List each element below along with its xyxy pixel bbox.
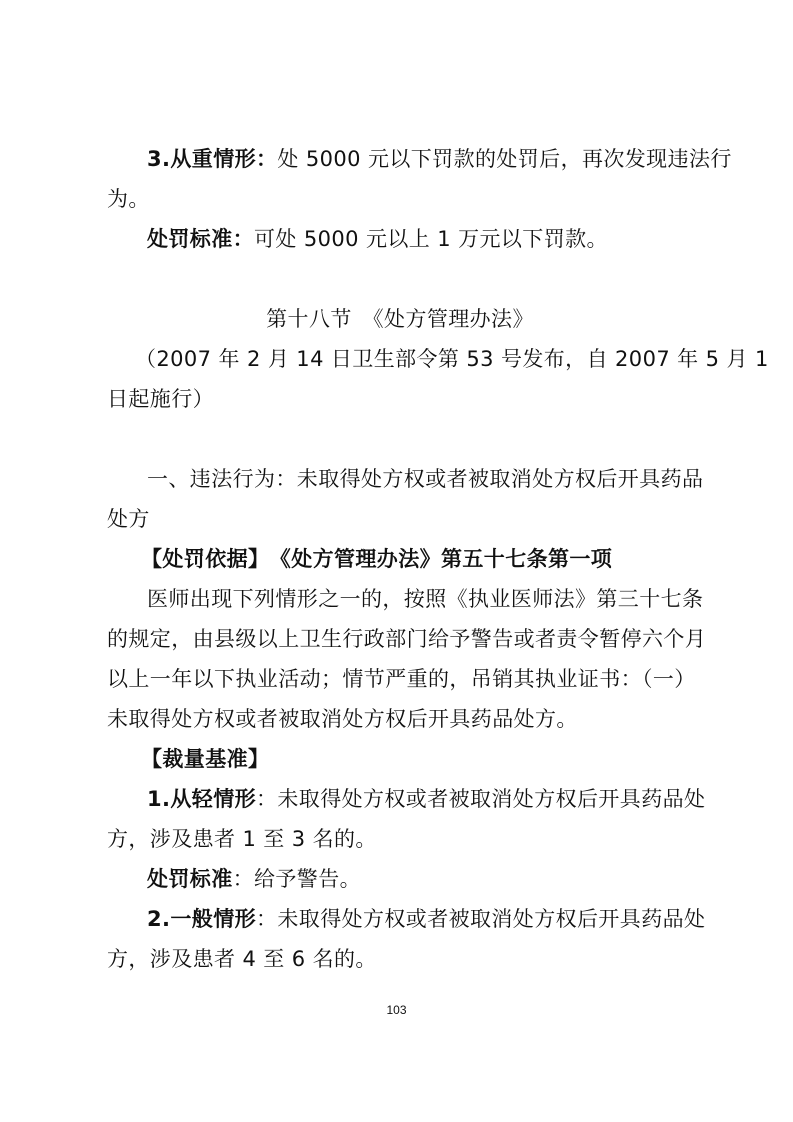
penalty-standard-label: 处罚标准： xyxy=(147,227,254,251)
aggravated-circumstance-line-2: 为。 xyxy=(107,185,693,213)
general-circumstance-line-1: 2.一般情形：未取得处方权或者被取消处方权后开具药品处 xyxy=(107,905,733,933)
light-penalty-text: ：给予警告。 xyxy=(233,867,361,891)
violation-line-2: 处方 xyxy=(107,505,693,533)
light-penalty-label: 处罚标准 xyxy=(147,867,233,891)
aggravated-penalty-standard: 处罚标准：可处 5000 元以上 1 万元以下罚款。 xyxy=(107,225,733,253)
violation-line-1: 一、违法行为：未取得处方权或者被取消处方权后开具药品 xyxy=(107,465,733,493)
light-circumstance-label: 1.从轻情形 xyxy=(147,787,256,811)
light-circumstance-line-2: 方，涉及患者 1 至 3 名的。 xyxy=(107,825,693,853)
light-penalty-standard: 处罚标准：给予警告。 xyxy=(107,865,733,893)
discretion-heading: 【裁量基准】 xyxy=(107,745,727,773)
general-circumstance-text: ：未取得处方权或者被取消处方权后开具药品处 xyxy=(256,907,705,931)
aggravated-text: 处 5000 元以下罚款的处罚后，再次发现违法行 xyxy=(277,147,731,171)
general-circumstance-line-2: 方，涉及患者 4 至 6 名的。 xyxy=(107,945,693,973)
aggravated-circumstance-line-1: 3.从重情形：处 5000 元以下罚款的处罚后，再次发现违法行 xyxy=(107,145,733,173)
issuance-info-line-2: 日起施行） xyxy=(107,385,693,413)
penalty-basis-line-3: 以上一年以下执业活动；情节严重的，吊销其执业证书：（一） xyxy=(107,665,693,693)
issuance-info-line-1: （2007 年 2 月 14 日卫生部令第 53 号发布，自 2007 年 5 … xyxy=(107,345,721,373)
aggravated-label: 3.从重情形： xyxy=(147,147,277,171)
section-title: 第十八节 《处方管理办法》 xyxy=(107,305,693,333)
penalty-basis-line-4: 未取得处方权或者被取消处方权后开具药品处方。 xyxy=(107,705,693,733)
penalty-basis-heading: 【处罚依据】 《处方管理办法》第五十七条第一项 xyxy=(107,545,727,573)
penalty-basis-line-2: 的规定，由县级以上卫生行政部门给予警告或者责令暂停六个月 xyxy=(107,625,693,653)
page-number: 103 xyxy=(0,1003,793,1017)
penalty-basis-line-1: 医师出现下列情形之一的，按照《执业医师法》第三十七条 xyxy=(107,585,733,613)
light-circumstance-text: ：未取得处方权或者被取消处方权后开具药品处 xyxy=(256,787,705,811)
general-circumstance-label: 2.一般情形 xyxy=(147,907,256,931)
penalty-standard-text: 可处 5000 元以上 1 万元以下罚款。 xyxy=(254,227,608,251)
light-circumstance-line-1: 1.从轻情形：未取得处方权或者被取消处方权后开具药品处 xyxy=(107,785,733,813)
